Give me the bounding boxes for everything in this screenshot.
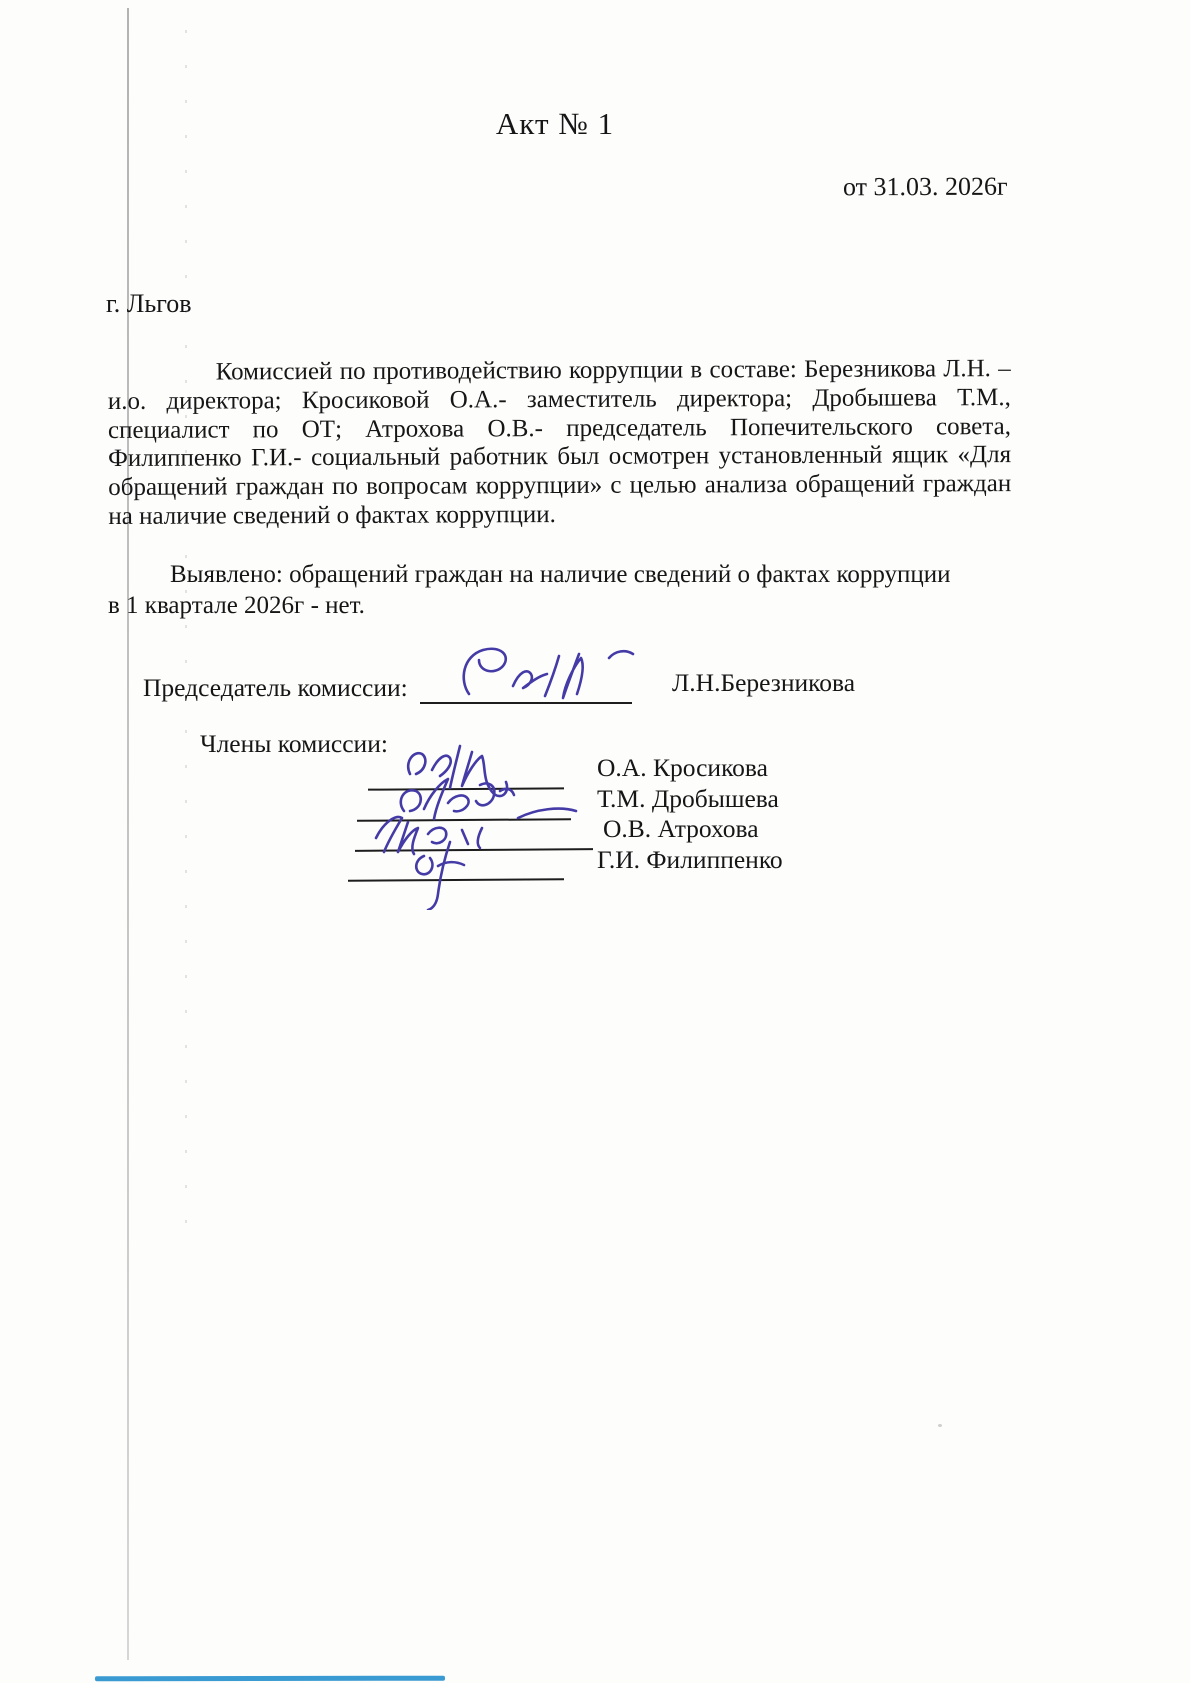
chairman-label: Председатель комиссии: — [143, 673, 408, 703]
member-signature-4 — [408, 836, 492, 910]
document-title: Акт № 1 — [0, 106, 1110, 142]
document-page: Акт № 1 от 31.03. 2026г г. Льгов Комисси… — [0, 0, 1190, 1683]
member-name-1: О.А. Кросикова — [597, 753, 768, 783]
perforation-dots — [185, 30, 187, 1245]
scan-speck — [938, 1424, 942, 1427]
chairman-signature — [455, 640, 645, 708]
chairman-name: Л.Н.Березникова — [672, 668, 855, 698]
scan-edge-line — [95, 1676, 445, 1682]
document-date: от 31.03. 2026г — [843, 172, 1008, 203]
members-label: Члены комиссии: — [200, 729, 388, 759]
fold-line — [127, 8, 129, 1660]
findings-line-2: в 1 квартале 2026г - нет. — [108, 592, 365, 620]
city-line: г. Льгов — [106, 289, 192, 319]
body-paragraph: Комиссией по противодействию коррупции в… — [108, 355, 1012, 532]
findings-line-1: Выявлено: обращений граждан на наличие с… — [170, 561, 951, 589]
